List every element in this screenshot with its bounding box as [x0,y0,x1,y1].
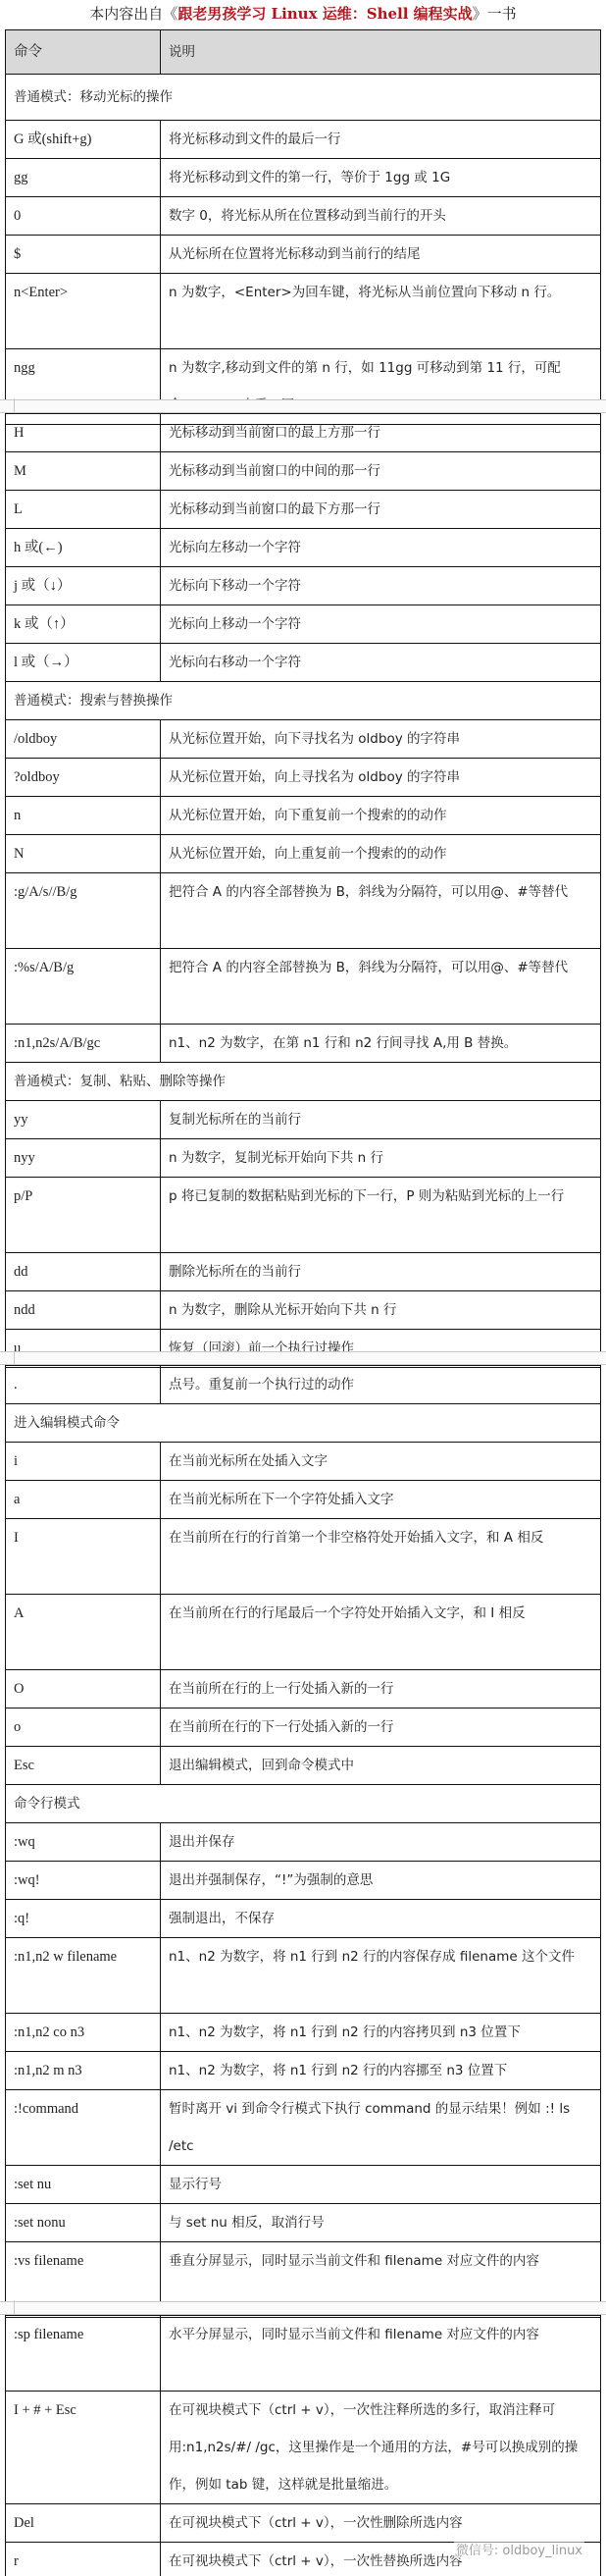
watermark: 微信号: oldboy_linux [454,2540,584,2558]
description-cell: 光标向下移动一个字符 [161,567,601,605]
table-row: n<Enter>n 为数字，<Enter>为回车键，将光标从当前位置向下移动 n… [6,274,601,349]
table-row: j 或（↓）光标向下移动一个字符 [6,567,601,605]
description-cell: 在当前所在行的下一行处插入新的一行 [161,1709,601,1747]
section-row: 普通模式：复制、粘贴、删除等操作 [6,1063,601,1101]
table-header-row: 命令 说明 [6,30,601,75]
table-row: n从光标位置开始，向下重复前一个搜索的的动作 [6,797,601,835]
command-cell: I [6,1519,161,1595]
description-cell: 与 set nu 相反，取消行号 [161,2204,601,2242]
section-label: 普通模式：移动光标的操作 [6,75,601,121]
page-break-marker-icon [0,1350,15,1365]
command-cell: 0 [6,197,161,236]
description-cell: 数字 0，将光标从所在位置移动到当前行的开头 [161,197,601,236]
command-cell: :n1,n2 co n3 [6,2014,161,2052]
table-row: I在当前所在行的行首第一个非空格符处开始插入文字，和 A 相反 [6,1519,601,1595]
command-cell: yy [6,1101,161,1139]
description-cell: n 为数字，删除从光标开始向下共 n 行 [161,1291,601,1330]
description-cell: 将光标移动到文件的最后一行 [161,121,601,159]
description-cell: 退出编辑模式，回到命令模式中 [161,1747,601,1785]
command-cell: :q! [6,1900,161,1938]
description-cell: 退出并保存 [161,1823,601,1862]
table-segment-4: :sp filename水平分屏显示，同时显示当前文件和 filename 对应… [5,2315,601,2576]
section-row: 普通模式：移动光标的操作 [6,75,601,121]
description-cell: 在当前光标所在下一个字符处插入文字 [161,1481,601,1519]
command-cell: $ [6,236,161,274]
description-cell: 光标移动到当前窗口的最下方那一行 [161,491,601,529]
description-cell: 从光标位置开始，向下寻找名为 oldboy 的字符串 [161,720,601,759]
command-cell: o [6,1709,161,1747]
table-row: :wq!退出并强制保存，“!”为强制的意思 [6,1862,601,1900]
table-row: a在当前光标所在下一个字符处插入文字 [6,1481,601,1519]
description-cell: 删除光标所在的当前行 [161,1253,601,1291]
page-break-marker-icon [0,398,15,413]
command-cell: L [6,491,161,529]
page-break [0,2301,606,2315]
description-cell: n1、n2 为数字，将 n1 行到 n2 行的内容保存成 filename 这个… [161,1938,601,2014]
command-cell: I + # + Esc [6,2392,161,2504]
section-row: 命令行模式 [6,1785,601,1823]
table-segment-2: H光标移动到当前窗口的最上方那一行 M光标移动到当前窗口的中间的那一行 L光标移… [5,413,601,1368]
command-cell: Del [6,2504,161,2543]
table-row: N从光标位置开始，向上重复前一个搜索的的动作 [6,835,601,873]
table-row: nddn 为数字，删除从光标开始向下共 n 行 [6,1291,601,1330]
description-cell: 强制退出，不保存 [161,1900,601,1938]
vim-commands-table: 命令 说明 普通模式：移动光标的操作 G 或(shift+g)将光标移动到文件的… [5,29,601,425]
description-cell: 把符合 A 的内容全部替换为 B，斜线为分隔符，可以用@、#等替代 [161,949,601,1025]
table-row: /oldboy从光标位置开始，向下寻找名为 oldboy 的字符串 [6,720,601,759]
table-row: :n1,n2 m n3n1、n2 为数字，将 n1 行到 n2 行的内容挪至 n… [6,2052,601,2090]
description-cell: 在可视块模式下（ctrl + v），一次性注释所选的多行，取消注释可用:n1,n… [161,2392,601,2504]
command-cell: :sp filename [6,2316,161,2392]
description-cell: 光标向右移动一个字符 [161,644,601,682]
page-break-marker-icon [0,2300,15,2315]
description-cell: n1、n2 为数字，将 n1 行到 n2 行的内容拷贝到 n3 位置下 [161,2014,601,2052]
section-label: 普通模式：复制、粘贴、删除等操作 [6,1063,601,1101]
command-cell: . [6,1366,161,1404]
command-cell: p/P [6,1178,161,1253]
table-row: L光标移动到当前窗口的最下方那一行 [6,491,601,529]
table-row: o在当前所在行的下一行处插入新的一行 [6,1709,601,1747]
command-cell: /oldboy [6,720,161,759]
table-row: :n1,n2 co n3n1、n2 为数字，将 n1 行到 n2 行的内容拷贝到… [6,2014,601,2052]
command-cell: :set nonu [6,2204,161,2242]
page-break [0,1351,606,1365]
description-cell: 光标移动到当前窗口的中间的那一行 [161,452,601,491]
description-cell: 在当前光标所在处插入文字 [161,1443,601,1481]
description-cell: 从光标位置开始，向上重复前一个搜索的的动作 [161,835,601,873]
description-cell: n 为数字，<Enter>为回车键，将光标从当前位置向下移动 n 行。 [161,274,601,349]
description-cell: n1、n2 为数字，在第 n1 行和 n2 行间寻找 A,用 B 替换。 [161,1025,601,1063]
command-cell: N [6,835,161,873]
command-cell: l 或（→） [6,644,161,682]
section-row: 进入编辑模式命令 [6,1404,601,1443]
table-row: :set nonu与 set nu 相反，取消行号 [6,2204,601,2242]
description-cell: 从光标所在位置将光标移动到当前行的结尾 [161,236,601,274]
description-cell: 从光标位置开始，向上寻找名为 oldboy 的字符串 [161,759,601,797]
description-cell: 在当前所在行的行尾最后一个字符处开始插入文字，和 I 相反 [161,1595,601,1670]
page-break [0,399,606,413]
title-suffix: 》一书 [473,5,517,23]
table-row: h 或(←)光标向左移动一个字符 [6,529,601,567]
table-row: G 或(shift+g)将光标移动到文件的最后一行 [6,121,601,159]
table-row: :set nu显示行号 [6,2166,601,2204]
description-cell: 点号。重复前一个执行过的动作 [161,1366,601,1404]
table-row: :q!强制退出，不保存 [6,1900,601,1938]
command-cell: :n1,n2s/A/B/gc [6,1025,161,1063]
table-row: $从光标所在位置将光标移动到当前行的结尾 [6,236,601,274]
command-cell: Esc [6,1747,161,1785]
command-cell: :%s/A/B/g [6,949,161,1025]
command-cell: n [6,797,161,835]
description-cell: 在当前所在行的上一行处插入新的一行 [161,1670,601,1709]
table-row: Esc退出编辑模式，回到命令模式中 [6,1747,601,1785]
description-cell: p 将已复制的数据粘贴到光标的下一行，P 则为粘贴到光标的上一行 [161,1178,601,1253]
command-cell: :wq! [6,1862,161,1900]
command-cell: j 或（↓） [6,567,161,605]
table-row: M光标移动到当前窗口的中间的那一行 [6,452,601,491]
section-row: 普通模式：搜索与替换操作 [6,682,601,720]
command-cell: :n1,n2 m n3 [6,2052,161,2090]
command-cell: G 或(shift+g) [6,121,161,159]
table-row: .点号。重复前一个执行过的动作 [6,1366,601,1404]
table-row: gg将光标移动到文件的第一行，等价于 1gg 或 1G [6,159,601,197]
command-cell: h 或(←) [6,529,161,567]
command-cell: :set nu [6,2166,161,2204]
command-cell: :n1,n2 w filename [6,1938,161,2014]
section-label: 进入编辑模式命令 [6,1404,601,1443]
description-cell: 水平分屏显示，同时显示当前文件和 filename 对应文件的内容 [161,2316,601,2392]
table-row: :!command暂时离开 vi 到命令行模式下执行 command 的显示结果… [6,2090,601,2166]
command-cell: nyy [6,1139,161,1178]
command-cell: ndd [6,1291,161,1330]
description-cell: 显示行号 [161,2166,601,2204]
table-row: I + # + Esc在可视块模式下（ctrl + v），一次性注释所选的多行，… [6,2392,601,2504]
command-cell: ?oldboy [6,759,161,797]
description-cell: 从光标位置开始，向下重复前一个搜索的的动作 [161,797,601,835]
table-row: A在当前所在行的行尾最后一个字符处开始插入文字，和 I 相反 [6,1595,601,1670]
command-cell: r [6,2543,161,2576]
command-cell: A [6,1595,161,1670]
description-cell: 把符合 A 的内容全部替换为 B，斜线为分隔符，可以用@、#等替代 [161,873,601,949]
table-row: 0数字 0，将光标从所在位置移动到当前行的开头 [6,197,601,236]
command-cell: M [6,452,161,491]
table-segment-1: 命令 说明 普通模式：移动光标的操作 G 或(shift+g)将光标移动到文件的… [5,29,601,425]
command-cell: i [6,1443,161,1481]
description-cell: 光标向上移动一个字符 [161,605,601,644]
command-cell: :wq [6,1823,161,1862]
table-row: H光标移动到当前窗口的最上方那一行 [6,414,601,452]
description-cell: 在可视块模式下（ctrl + v），一次性删除所选内容 [161,2504,601,2543]
table-row: :g/A/s//B/g把符合 A 的内容全部替换为 B，斜线为分隔符，可以用@、… [6,873,601,949]
command-cell: gg [6,159,161,197]
table-row: l 或（→）光标向右移动一个字符 [6,644,601,682]
description-cell: 将光标移动到文件的第一行，等价于 1gg 或 1G [161,159,601,197]
table-row: k 或（↑）光标向上移动一个字符 [6,605,601,644]
table-row: :n1,n2 w filenamen1、n2 为数字，将 n1 行到 n2 行的… [6,1938,601,2014]
table-row: nyyn 为数字，复制光标开始向下共 n 行 [6,1139,601,1178]
section-label: 命令行模式 [6,1785,601,1823]
description-cell: n1、n2 为数字，将 n1 行到 n2 行的内容挪至 n3 位置下 [161,2052,601,2090]
command-cell: :!command [6,2090,161,2166]
description-cell: 光标移动到当前窗口的最上方那一行 [161,414,601,452]
command-cell: a [6,1481,161,1519]
description-cell: 在当前所在行的行首第一个非空格符处开始插入文字，和 A 相反 [161,1519,601,1595]
command-cell: n<Enter> [6,274,161,349]
description-cell: 退出并强制保存，“!”为强制的意思 [161,1862,601,1900]
command-cell: k 或（↑） [6,605,161,644]
header-description: 说明 [161,30,601,75]
table-row: :n1,n2s/A/B/gcn1、n2 为数字，在第 n1 行和 n2 行间寻找… [6,1025,601,1063]
table-row: i在当前光标所在处插入文字 [6,1443,601,1481]
table-row: :sp filename水平分屏显示，同时显示当前文件和 filename 对应… [6,2316,601,2392]
table-segment-3: .点号。重复前一个执行过的动作 进入编辑模式命令 i在当前光标所在处插入文字 a… [5,1365,601,2318]
section-label: 普通模式：搜索与替换操作 [6,682,601,720]
book-title: 跟老男孩学习 Linux 运维：Shell 编程实战 [177,5,472,23]
description-cell: 暂时离开 vi 到命令行模式下执行 command 的显示结果！例如 :! ls… [161,2090,601,2166]
table-row: p/Pp 将已复制的数据粘贴到光标的下一行，P 则为粘贴到光标的上一行 [6,1178,601,1253]
table-row: yy复制光标所在的当前行 [6,1101,601,1139]
table-row: dd删除光标所在的当前行 [6,1253,601,1291]
vim-commands-table: :sp filename水平分屏显示，同时显示当前文件和 filename 对应… [5,2315,601,2576]
table-row: Del在可视块模式下（ctrl + v），一次性删除所选内容 [6,2504,601,2543]
table-row: :%s/A/B/g把符合 A 的内容全部替换为 B，斜线为分隔符，可以用@、#等… [6,949,601,1025]
header-command: 命令 [6,30,161,75]
description-cell: n 为数字，复制光标开始向下共 n 行 [161,1139,601,1178]
title-prefix: 本内容出自《 [89,5,177,23]
table-row: O在当前所在行的上一行处插入新的一行 [6,1670,601,1709]
vim-commands-table: .点号。重复前一个执行过的动作 进入编辑模式命令 i在当前光标所在处插入文字 a… [5,1365,601,2318]
command-cell: dd [6,1253,161,1291]
table-row: :wq退出并保存 [6,1823,601,1862]
description-cell: 光标向左移动一个字符 [161,529,601,567]
description-cell: 复制光标所在的当前行 [161,1101,601,1139]
command-cell: H [6,414,161,452]
vim-commands-table: H光标移动到当前窗口的最上方那一行 M光标移动到当前窗口的中间的那一行 L光标移… [5,413,601,1368]
command-cell: O [6,1670,161,1709]
document-title: 本内容出自《跟老男孩学习 Linux 运维：Shell 编程实战》一书 [0,3,606,25]
command-cell: :g/A/s//B/g [6,873,161,949]
table-row: ?oldboy从光标位置开始，向上寻找名为 oldboy 的字符串 [6,759,601,797]
